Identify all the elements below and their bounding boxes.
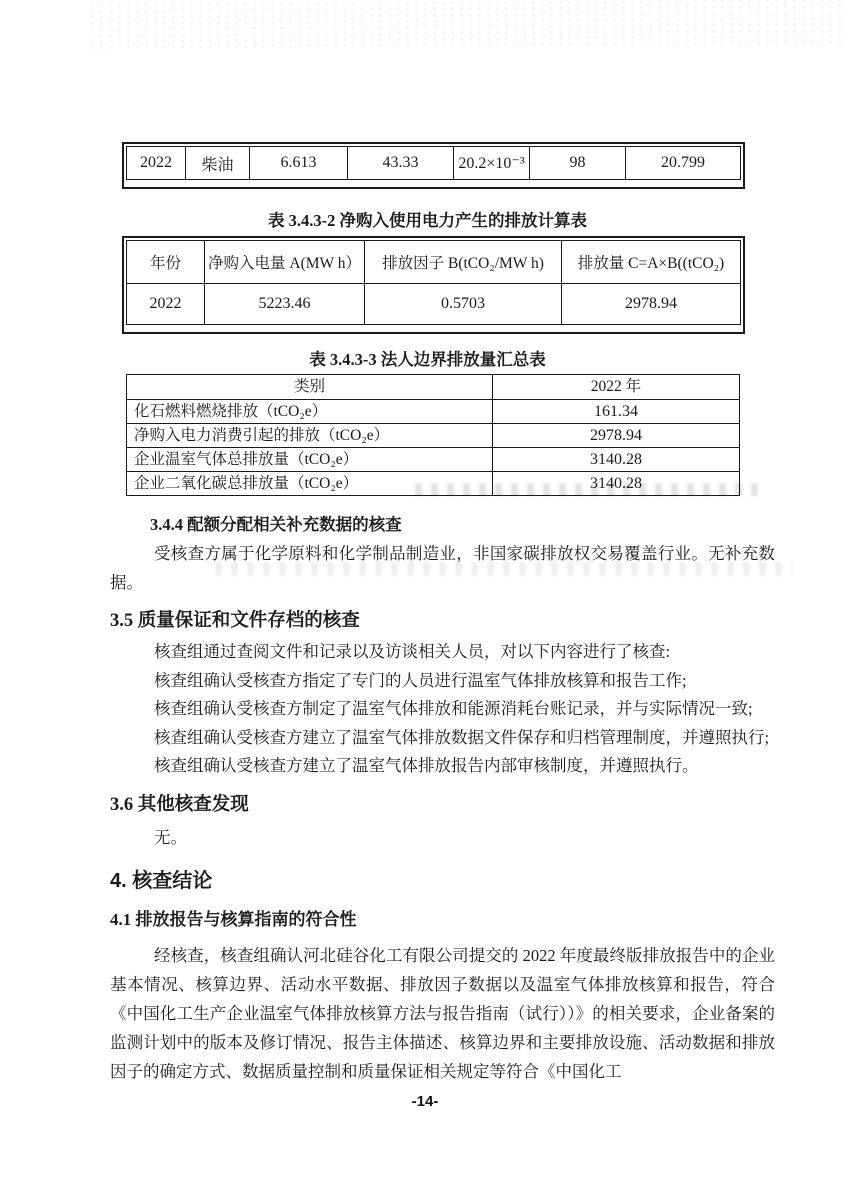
paragraph-verification-item: 核查组确认受核查方建立了温室气体排放数据文件保存和归档管理制度，并遵照执行; — [110, 724, 775, 753]
heading-4-1: 4.1 排放报告与核算指南的符合性 — [110, 908, 775, 931]
column-header-emission-factor: 排放因子 B(tCO₂/MW h) — [365, 241, 562, 284]
table-cell-emission-factor: 0.5703 — [365, 284, 562, 325]
power-table-header-row: 年份 净购入电量 A(MW h） 排放因子 B(tCO₂/MW h) 排放量 C… — [127, 241, 741, 284]
power-table: 年份 净购入电量 A(MW h） 排放因子 B(tCO₂/MW h) 排放量 C… — [126, 240, 741, 325]
table-cell-oxidation-rate: 98 — [530, 147, 626, 180]
heading-3-4-4: 3.4.4 配额分配相关补充数据的核查 — [150, 514, 775, 536]
table-cell-category: 企业温室气体总排放量（tCO₂e） — [127, 448, 493, 472]
page-number: -14- — [0, 1093, 850, 1110]
table-row: 化石燃料燃烧排放（tCO₂e） 161.34 — [127, 400, 740, 424]
scanned-report-page: 2022 柴油 6.613 43.33 20.2×10⁻³ 98 20.799 … — [0, 0, 850, 1204]
table-cell-emission-amount: 2978.94 — [562, 284, 741, 325]
fuel-table-frame: 2022 柴油 6.613 43.33 20.2×10⁻³ 98 20.799 — [122, 142, 745, 189]
fuel-table-row: 2022 柴油 6.613 43.33 20.2×10⁻³ 98 20.799 — [127, 147, 741, 180]
table-cell-year: 2022 — [127, 147, 186, 180]
section-3-5-body: 核查组通过查阅文件和记录以及访谈相关人员，对以下内容进行了核查: 核查组确认受核… — [110, 638, 775, 781]
paragraph-verification-item: 核查组通过查阅文件和记录以及访谈相关人员，对以下内容进行了核查: — [110, 638, 775, 667]
table-cell-category: 净购入电力消费引起的排放（tCO₂e） — [127, 424, 493, 448]
table-cell-value: 3140.28 — [493, 472, 740, 496]
paragraph-4-1: 经核查，核查组确认河北硅谷化工有限公司提交的 2022 年度最终版排放报告中的企… — [110, 941, 775, 1086]
table-cell-net-electricity: 5223.46 — [205, 284, 365, 325]
scan-noise-band — [88, 0, 848, 49]
paragraph-3-6: 无。 — [110, 824, 775, 853]
table-row: 净购入电力消费引起的排放（tCO₂e） 2978.94 — [127, 424, 740, 448]
column-header-net-electricity: 净购入电量 A(MW h） — [205, 241, 365, 284]
table-cell-value: 2978.94 — [493, 424, 740, 448]
table-cell-value: 3140.28 — [493, 448, 740, 472]
paragraph-verification-item: 核查组确认受核查方制定了温室气体排放和能源消耗台账记录，并与实际情况一致; — [110, 695, 775, 724]
power-table-title: 表 3.4.3-2 净购入使用电力产生的排放计算表 — [110, 210, 745, 232]
fuel-table: 2022 柴油 6.613 43.33 20.2×10⁻³ 98 20.799 — [126, 146, 741, 180]
table-cell-category: 企业二氧化碳总排放量（tCO₂e） — [127, 472, 493, 496]
table-cell-category: 化石燃料燃烧排放（tCO₂e） — [127, 400, 493, 424]
table-cell-consumption: 6.613 — [250, 147, 348, 180]
page-content: 2022 柴油 6.613 43.33 20.2×10⁻³ 98 20.799 … — [110, 142, 775, 1086]
table-row: 企业温室气体总排放量（tCO₂e） 3140.28 — [127, 448, 740, 472]
heading-3-6: 3.6 其他核查发现 — [110, 793, 775, 818]
paragraph-verification-item: 核查组确认受核查方指定了专门的人员进行温室气体排放核算和报告工作; — [110, 667, 775, 696]
table-cell-year: 2022 — [127, 284, 205, 325]
summary-table: 类别 2022 年 化石燃料燃烧排放（tCO₂e） 161.34 净购入电力消费… — [126, 374, 740, 496]
column-header-emission-amount: 排放量 C=A×B((tCO₂) — [562, 241, 741, 284]
table-row: 企业二氧化碳总排放量（tCO₂e） 3140.28 — [127, 472, 740, 496]
heading-4: 4. 核查结论 — [110, 868, 775, 894]
summary-table-title: 表 3.4.3-3 法人边界排放量汇总表 — [110, 349, 745, 371]
power-table-frame: 年份 净购入电量 A(MW h） 排放因子 B(tCO₂/MW h) 排放量 C… — [122, 236, 745, 334]
column-header-year: 年份 — [127, 241, 205, 284]
table-cell-carbon-content: 20.2×10⁻³ — [454, 147, 530, 180]
table-cell-ncv: 43.33 — [348, 147, 454, 180]
table-cell-value: 161.34 — [493, 400, 740, 424]
heading-3-5: 3.5 质量保证和文件存档的核查 — [110, 609, 775, 634]
table-cell-fuel-type: 柴油 — [186, 147, 250, 180]
column-header-2022: 2022 年 — [493, 375, 740, 400]
table-cell-emission: 20.799 — [626, 147, 741, 180]
paragraph-3-4-4: 受核查方属于化学原料和化学制品制造业，非国家碳排放权交易覆盖行业。无补充数据。 — [110, 540, 775, 597]
paragraph-verification-item: 核查组确认受核查方建立了温室气体排放报告内部审核制度，并遵照执行。 — [110, 752, 775, 781]
power-table-data-row: 2022 5223.46 0.5703 2978.94 — [127, 284, 741, 325]
column-header-category: 类别 — [127, 375, 493, 400]
summary-table-header-row: 类别 2022 年 — [127, 375, 740, 400]
